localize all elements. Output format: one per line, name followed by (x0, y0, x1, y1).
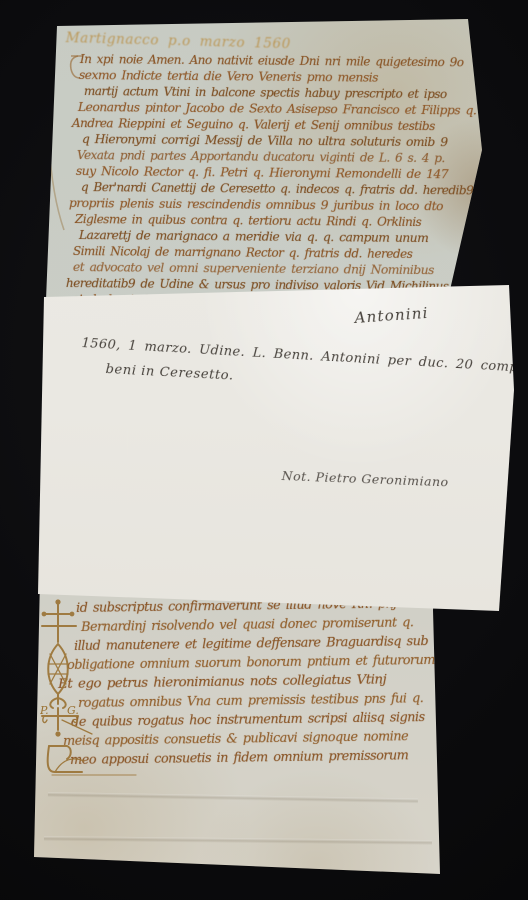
slip-signature: Antonini (354, 304, 429, 327)
manuscript-top-line-4: Leonardus pintor Jacobo de Sexto Asiseps… (78, 100, 477, 117)
manuscript-top-line-3: martij actum Vtini in balcone spectis ha… (84, 84, 447, 101)
paper-crease (44, 836, 432, 845)
manuscript-top-line-7: Vexata pndi partes Apportandu ducatoru v… (77, 148, 445, 165)
notary-signum-icon: P. G. (40, 598, 140, 780)
paper-crease (48, 792, 418, 803)
manuscript-top-line-10: propriis plenis suis rescindendis omnibu… (69, 196, 443, 213)
notary-initial-left: P. (40, 704, 49, 717)
manuscript-header-annotation: Martignacco p.o marzo 1560 (66, 30, 291, 52)
manuscript-top-line-13: Simili Nicolaj de marrignano Rector q. f… (73, 244, 413, 261)
manuscript-top-line-6: q Hieronymi corrigi Messij de Villa no u… (82, 132, 448, 149)
manuscript-top-line-2: sexmo Indicte tertia die Vero Veneris pm… (79, 68, 378, 85)
manuscript-top-line-12: Lazarettj de marignaco a meridie via q. … (79, 228, 428, 245)
manuscript-top-line-5: Andrea Rieppini et Seguino q. Valerij et… (72, 116, 435, 133)
manuscript-top-line-1: In xpi noie Amen. Ano nativit eiusde Dni… (80, 52, 464, 69)
manuscript-top-line-8: suy Nicolo Rector q. fi. Petri q. Hieron… (76, 164, 448, 181)
slip-notary-line: Not. Pietro Geronimiano (281, 468, 449, 489)
slip-note-line-2: beni in Ceresetto. (105, 362, 234, 384)
manuscript-top-line-14: et advocato vel omni superveniente terzi… (73, 260, 434, 277)
manuscript-top-line-11: Ziglesme in quibus contra q. tertioru ac… (74, 212, 420, 229)
manuscript-top-line-9: q Ber'nardi Canettij de Ceresetto q. ind… (80, 180, 472, 197)
notary-initial-right: G. (67, 704, 79, 717)
photo-stage: Martignacco p.o marzo 1560 In xpi noie A… (0, 0, 528, 900)
